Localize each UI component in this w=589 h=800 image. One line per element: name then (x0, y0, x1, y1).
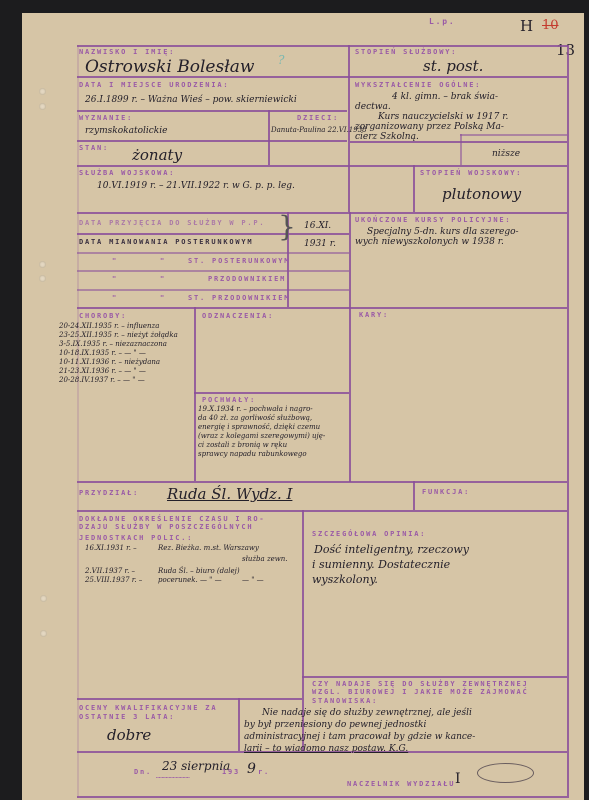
illnesses-label: CHOROBY: (79, 312, 127, 320)
archive-number-prefix: H (520, 17, 533, 35)
penalties-label: KARY: (359, 311, 389, 319)
religion-value: rzymskokatolickie (85, 126, 167, 137)
illness-entry: 21-23.XI.1936 r. – — " — (59, 367, 178, 376)
commendations-label: POCHWAŁY: (202, 396, 256, 404)
service-entry-date: 16.XI.1931 r. – (85, 544, 137, 553)
punch-hole (39, 103, 46, 110)
marital-status-label: STAN: (79, 144, 109, 152)
suitability-label-2: WZGL. BIUROWEJ I JAKIE MOŻE ZAJMOWAĆ (312, 688, 529, 696)
illness-entry: 23-25.XII.1935 r. – nieżyt żołądka (59, 331, 178, 340)
lp-label: L.p. (429, 17, 455, 26)
police-course-line: wych niewyszkolonych w 1938 r. (355, 237, 504, 248)
education-line: 4 kl. gimn. – brak świa- (392, 92, 498, 103)
illness-entry: 20-24.XII.1935 r. – influenza (59, 322, 178, 331)
service-rank-value: st. post. (423, 57, 483, 75)
service-history-label-2: DZAJU SŁUŻBY W POSZCZEGÓLNYCH (79, 523, 253, 531)
suitability-line: Nie nadaje się do służby zewnętrznej, al… (262, 708, 472, 719)
commendation-line: 19.X.1934 r. – pochwała i nagro- (198, 405, 325, 414)
surname-name-label: NAZWISKO I IMIĘ: (79, 48, 175, 56)
birth-label: DATA I MIEJSCE URODZENIA: (79, 81, 229, 89)
service-rank-label: STOPIEŃ SŁUŻBOWY: (355, 48, 457, 56)
commendation-line: energię i sprawność, dzięki czemu (198, 423, 325, 432)
children-value: Danuta-Paulina 22.VI.1938 (271, 126, 367, 135)
date-dotted-line: …………………… (156, 772, 190, 780)
suitability-label-3: STANOWISKA: (312, 697, 378, 705)
illness-entry: 10-11.XI.1936 r. – nieżydana (59, 358, 178, 367)
ditto-mark: " (160, 257, 166, 265)
opinion-line: i sumienny. Dostatecznie (312, 558, 450, 571)
ditto-mark: " (112, 257, 118, 265)
illness-entry: 3-5.IX.1935 r. – niezaznaczona (59, 340, 178, 349)
date-st-posterunkowy-label: ST. POSTERUNKOWYM (188, 257, 290, 265)
decorations-label: ODZNACZENIA: (202, 312, 274, 320)
opinion-line: Dość inteligentny, rzeczowy (314, 543, 469, 556)
service-history-label-3: JEDNOSTKACH POLIC.: (79, 534, 193, 542)
qualification-label-2: OSTATNIE 3 LATA: (79, 713, 175, 721)
function-label: FUNKCJA: (422, 488, 470, 496)
date-suffix: r. (258, 768, 270, 776)
religion-label: WYZNANIE: (79, 114, 133, 122)
archive-number-old: 10 (542, 18, 559, 33)
date-day-month: 23 sierpnia (162, 759, 230, 773)
education-label: WYKSZTAŁCENIE OGÓLNE: (355, 81, 481, 89)
assignment-value: Ruda Śl. Wydz. I (167, 485, 292, 503)
police-courses-label: UKOŃCZONE KURSY POLICYJNE: (355, 216, 511, 224)
date-przodownik-label: PRZODOWNIKIEM (208, 275, 286, 283)
service-entry-desc2: służba zewn. (242, 555, 288, 564)
assignment-label: PRZYDZIAŁ: (79, 489, 139, 497)
education-level: niższe (492, 149, 520, 160)
commendation-line: ci zostali z bronią w ręku (198, 441, 325, 450)
punch-hole (40, 595, 47, 602)
detailed-opinion-label: SZCZEGÓŁOWA OPINIA: (312, 530, 426, 538)
punch-hole (40, 630, 47, 637)
military-rank-value: plutonowy (442, 185, 521, 203)
personnel-record-card: L.p. H 10 13 NAZWISKO I IMIĘ: Ostrowski … (22, 13, 584, 800)
commendation-line: sprawcy napadu rabunkowego (198, 450, 325, 459)
question-mark: ? (278, 53, 284, 67)
illnesses-list: 20-24.XII.1935 r. – influenza 23-25.XII.… (59, 322, 178, 385)
punch-hole (39, 88, 46, 95)
qualification-value: dobre (107, 726, 151, 744)
children-label: DZIECI: (297, 114, 339, 122)
opinion-line: wyszkolony. (312, 573, 378, 586)
punch-hole (39, 261, 46, 268)
suitability-label-1: CZY NADAJE SIĘ DO SŁUŻBY ZEWNĘTRZNEJ (312, 680, 529, 688)
service-entry-desc: Ruda Śl. – biuro (dalej) (158, 567, 240, 576)
ditto-mark: " (160, 294, 166, 302)
chief-label: NACZELNIK WYDZIAŁU (347, 780, 455, 788)
surname-name-value: Ostrowski Bolesław (85, 57, 254, 77)
service-history-label-1: DOKŁADNE OKREŚLENIE CZASU I RO- (79, 515, 265, 523)
illness-entry: 10-18.IX.1935 r. – — " — (59, 349, 178, 358)
chief-roman: I (455, 771, 461, 787)
service-entry-desc: Rez. Bieżka. m.st. Warszawy (158, 544, 259, 553)
punch-hole (39, 275, 46, 282)
commendation-line: (wraz z kolegami szeregowymi) uję- (198, 432, 325, 441)
date-appointed-posterunkowy-label: DATA MIANOWANIA POSTERUNKOWYM (79, 238, 253, 246)
date-prefix: Dn. (134, 768, 152, 776)
service-entry-desc2: — " — (242, 576, 264, 585)
military-service-label: SŁUŻBA WOJSKOWA: (79, 169, 175, 177)
military-service-value: 10.VI.1919 r. – 21.VII.1922 r. w G. p. p… (97, 181, 295, 192)
service-entry-date: 25.VIII.1937 r. – (85, 576, 142, 585)
date-joined-label: DATA PRZYJĘCIA DO SŁUŻBY W P.P. (79, 219, 265, 227)
signature (477, 763, 534, 783)
archive-number-new: 13 (556, 41, 575, 59)
military-rank-label: STOPIEŃ WOJSKOWY: (420, 169, 522, 177)
ditto-mark: " (160, 275, 166, 283)
qualification-label-1: OCENY KWALIFIKACYJNE ZA (79, 704, 217, 712)
ditto-mark: " (112, 275, 118, 283)
date-appointed-value: 1931 r. (304, 239, 336, 250)
date-year-prefix: 193 (222, 768, 240, 776)
suitability-line: administracyjnej i tam pracował by gdzie… (244, 732, 475, 743)
commendation-line: da 40 zł. za gorliwość służbową, (198, 414, 325, 423)
service-entry-desc: pocerunek. — " — (158, 576, 222, 585)
marital-status-value: żonaty (132, 146, 182, 164)
illness-entry: 20-28.IV.1937 r. – — " — (59, 376, 178, 385)
commendations-text: 19.X.1934 r. – pochwała i nagro- da 40 z… (198, 405, 325, 459)
ditto-mark: " (112, 294, 118, 302)
brace: } (278, 210, 296, 243)
suitability-line: larii – to wiadomo nasz postaw. K.G. (244, 744, 408, 755)
date-st-przodownik-label: ST. PRZODOWNIKIEM (188, 294, 290, 302)
date-year-digit: 9 (247, 761, 256, 777)
service-entry-date: 2.VII.1937 r. – (85, 567, 135, 576)
birth-value: 26.I.1899 r. – Ważna Wieś – pow. skierni… (85, 95, 297, 106)
suitability-line: by był przeniesiony do pewnej jednostki (244, 720, 426, 731)
date-joined-value: 16.XI. (304, 221, 331, 232)
